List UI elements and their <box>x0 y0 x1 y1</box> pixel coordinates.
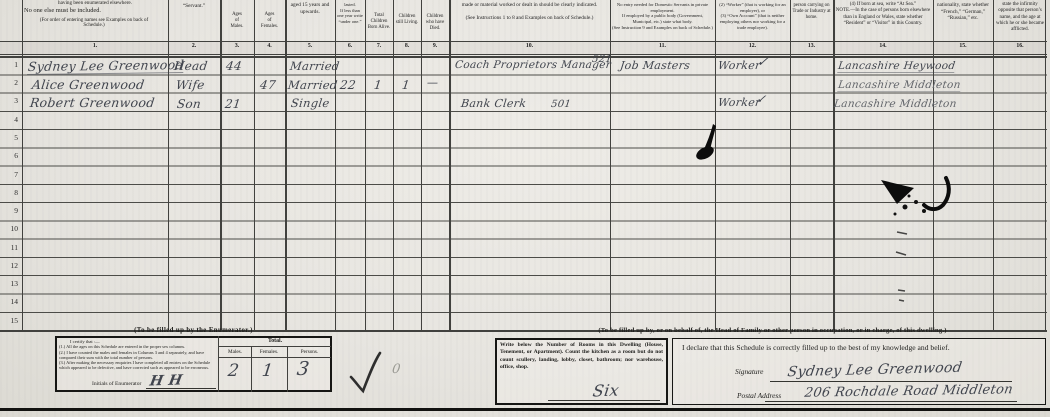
entry-age-female: 47 <box>259 78 277 92</box>
col-num-6: 6. <box>335 43 365 54</box>
column10-header: made or material worked or dealt in shou… <box>449 0 610 41</box>
col-num-3: 3. <box>220 43 254 54</box>
entry-name: Robert Greenwood <box>29 95 156 110</box>
pencil-zero-mark: 0 <box>391 362 401 377</box>
row-number: 2 <box>1 78 18 87</box>
col-num-5: 5. <box>285 43 335 54</box>
vline <box>833 0 835 331</box>
row-number: 9 <box>1 206 18 215</box>
column9-header: Children who have Died. <box>421 0 449 41</box>
enum-box-divider <box>218 336 219 392</box>
entry-birthplace: Lancashire Middleton <box>833 98 957 110</box>
column5-header: aged 15 years and upwards. <box>285 0 335 41</box>
postal-address-label: Postal Address <box>737 391 781 400</box>
certify-item-3: (3.) After making the necessary enquirie… <box>59 360 215 371</box>
totals-divider <box>287 346 288 392</box>
vline <box>393 0 394 331</box>
entry-years-married: 22 <box>339 78 357 92</box>
entry-occupation: Bank Clerk <box>460 97 527 110</box>
row-number: 12 <box>1 261 18 270</box>
col-num-8: 8. <box>393 43 421 54</box>
entry-age-male: 21 <box>224 97 242 111</box>
census-schedule-scan: having been enumerated elsewhere. No one… <box>0 0 1050 417</box>
vline <box>933 0 934 331</box>
enumerator-section-heading: (To be filled up by the Enumerator.) <box>55 327 332 334</box>
row-number: 15 <box>1 316 18 325</box>
row-number: 6 <box>1 151 18 160</box>
col-num-4: 4. <box>254 43 285 54</box>
entry-marriage: Married <box>289 59 340 73</box>
entry-relation: Son <box>176 97 202 111</box>
column1-header: having been enumerated elsewhere. No one… <box>22 0 168 41</box>
vline <box>254 0 255 331</box>
column12-header: (2) “Worker” (that is working for an emp… <box>715 0 790 41</box>
column7-header: Total Children Born Alive. <box>365 0 393 41</box>
initials-label: Initials of Enumerator <box>92 381 141 387</box>
declaration-text: I declare that this Schedule is correctl… <box>682 343 1042 352</box>
col-num-1: 1. <box>22 43 168 54</box>
col-num-9: 9. <box>421 43 449 54</box>
row-number: 3 <box>1 96 18 105</box>
vline <box>610 0 611 331</box>
bottom-heavy-rule <box>0 408 1050 411</box>
vline <box>1045 0 1046 331</box>
column14-header: (4) If born at sea, write “At Sea.” NOTE… <box>833 0 933 41</box>
vline <box>993 0 994 331</box>
column4-header: Ages of Females. <box>254 0 285 41</box>
entry-industry: Job Masters <box>619 59 691 72</box>
column6-header: lasted. If less than one year write “und… <box>335 0 365 41</box>
row-number: 7 <box>1 170 18 179</box>
vline <box>168 0 169 331</box>
vline <box>715 0 716 331</box>
entry-name: Alice Greenwood <box>31 77 145 92</box>
vline <box>220 0 222 331</box>
col-num-11: 11. <box>610 43 715 54</box>
entry-relation: Wife <box>175 78 205 92</box>
entry-worker-tick: ✓ <box>756 55 769 70</box>
males-label: Males. <box>219 349 251 355</box>
entry-occupation: Coach Proprietors Manager <box>454 59 612 71</box>
postal-address-line <box>765 401 1017 402</box>
header-order-note: (For order of entering names see Example… <box>30 18 158 28</box>
row-number: 10 <box>1 224 18 233</box>
row-number: 13 <box>1 279 18 288</box>
entry-worker-tick: ✓ <box>755 92 767 106</box>
column2-header: “Servant.” <box>168 0 220 41</box>
entry-children-died: — <box>426 76 439 89</box>
enumerator-initials: H H <box>148 372 183 389</box>
entry-birthplace: Lancashire Middleton <box>837 79 961 92</box>
column16-header: state the infirmity opposite that person… <box>993 0 1047 41</box>
col-num-10: 10. <box>449 43 610 54</box>
header-rule <box>0 41 1047 42</box>
column3-header: Ages of Males. <box>220 0 254 41</box>
vline <box>449 0 451 331</box>
entry-age-male: 44 <box>225 59 243 73</box>
entry-relation: Head <box>173 59 208 73</box>
row-number: 4 <box>1 115 18 124</box>
labels-rule <box>219 357 331 358</box>
header-no-one-else: No one else must be included. <box>24 7 164 14</box>
column11-header: No entry needed for Domestic Servants in… <box>610 0 715 41</box>
vline <box>365 0 366 331</box>
entry-name: Sydney Lee Greenwood <box>27 57 185 75</box>
entry-occ-code: 501 <box>550 99 571 110</box>
vline <box>22 0 23 331</box>
signature-label: Signature <box>735 367 763 376</box>
header-fragment: having been enumerated elsewhere. <box>22 0 168 6</box>
col-num-7: 7. <box>365 43 393 54</box>
col-num-13: 13. <box>790 43 833 54</box>
numstrip-rule <box>0 54 1047 55</box>
entry-birthplace: Lancashire Heywood <box>837 60 956 73</box>
totals-divider <box>251 346 252 392</box>
total-label: Total. <box>219 338 331 344</box>
row-number: 5 <box>1 133 18 142</box>
column8-header: Children still Living. <box>393 0 421 41</box>
certify-item-1: (1.) All the ages on this Schedule are e… <box>59 344 215 349</box>
column13-header: person carrying on Trade or Industry at … <box>790 0 833 41</box>
vline <box>421 0 422 331</box>
col-num-14: 14. <box>833 43 933 54</box>
entry-marriage: Single <box>290 96 330 110</box>
row-number: 11 <box>1 243 18 252</box>
row-number: 1 <box>1 60 18 69</box>
entry-occ-code: 521 <box>591 54 612 65</box>
rooms-answer-line <box>548 400 660 401</box>
vline <box>285 0 287 331</box>
col-num-12: 12. <box>715 43 790 54</box>
col-num-15: 15. <box>933 43 993 54</box>
entry-worker: Worker <box>717 59 761 72</box>
rooms-value: Six <box>592 381 621 401</box>
rooms-instruction: Write below the Number of Rooms in this … <box>500 342 663 371</box>
vline <box>335 0 336 331</box>
col-num-2: 2. <box>168 43 220 54</box>
head-section-heading: (To be filled up by, or on behalf of, th… <box>500 327 1045 334</box>
persons-label: Persons. <box>288 349 331 355</box>
females-label: Females. <box>252 349 286 355</box>
enumerator-checkmark <box>351 353 380 391</box>
col-num-16: 16. <box>993 43 1047 54</box>
vline <box>790 0 791 331</box>
row-number: 8 <box>1 188 18 197</box>
row-number: 14 <box>1 297 18 306</box>
certify-item-2: (2.) I have counted the males and female… <box>59 350 215 361</box>
entry-marriage: Married <box>287 78 338 92</box>
total-rule <box>219 346 331 347</box>
column15-header: nationality, state whether “French,” “Ge… <box>933 0 993 41</box>
